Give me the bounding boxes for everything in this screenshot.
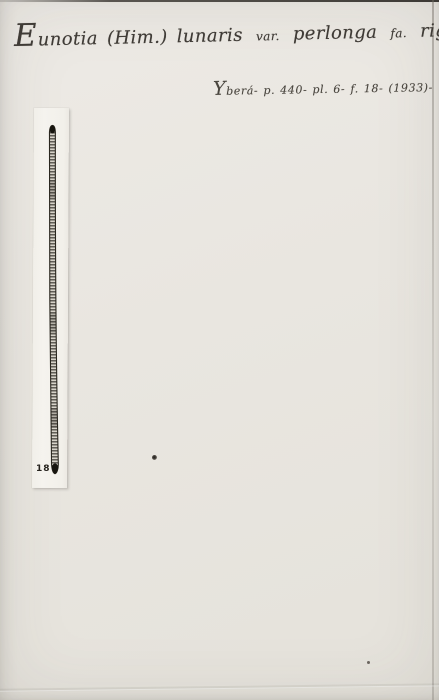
ink-speck [152, 455, 157, 460]
forma-epithet: rigida [420, 20, 439, 42]
ink-speck [367, 661, 370, 664]
paper-crease [0, 683, 439, 691]
photo-top-edge [0, 0, 439, 2]
diatom-drawing [32, 108, 69, 488]
species-name: Eunotia (Him.) lunaris [14, 13, 244, 54]
taxon-title: Eunotia (Him.) lunaris var. perlonga fa.… [14, 8, 439, 54]
figure-number-label: 18 [36, 464, 51, 474]
paper-right-edge [432, 0, 434, 700]
forma-abbreviation: fa. [390, 26, 407, 40]
pasted-specimen-strip [32, 108, 69, 488]
citation-reference: Yberá- p. 440- pl. 6- f. 18- (1933)- [213, 74, 433, 100]
rank-abbreviation: var. [256, 29, 280, 44]
variety-epithet: perlonga [293, 22, 378, 45]
scanned-card: Eunotia (Him.) lunaris var. perlonga fa.… [0, 0, 439, 700]
diatom-smudge [49, 180, 56, 198]
diatom-top-pole [50, 124, 56, 133]
diatom-smudge [51, 408, 59, 428]
